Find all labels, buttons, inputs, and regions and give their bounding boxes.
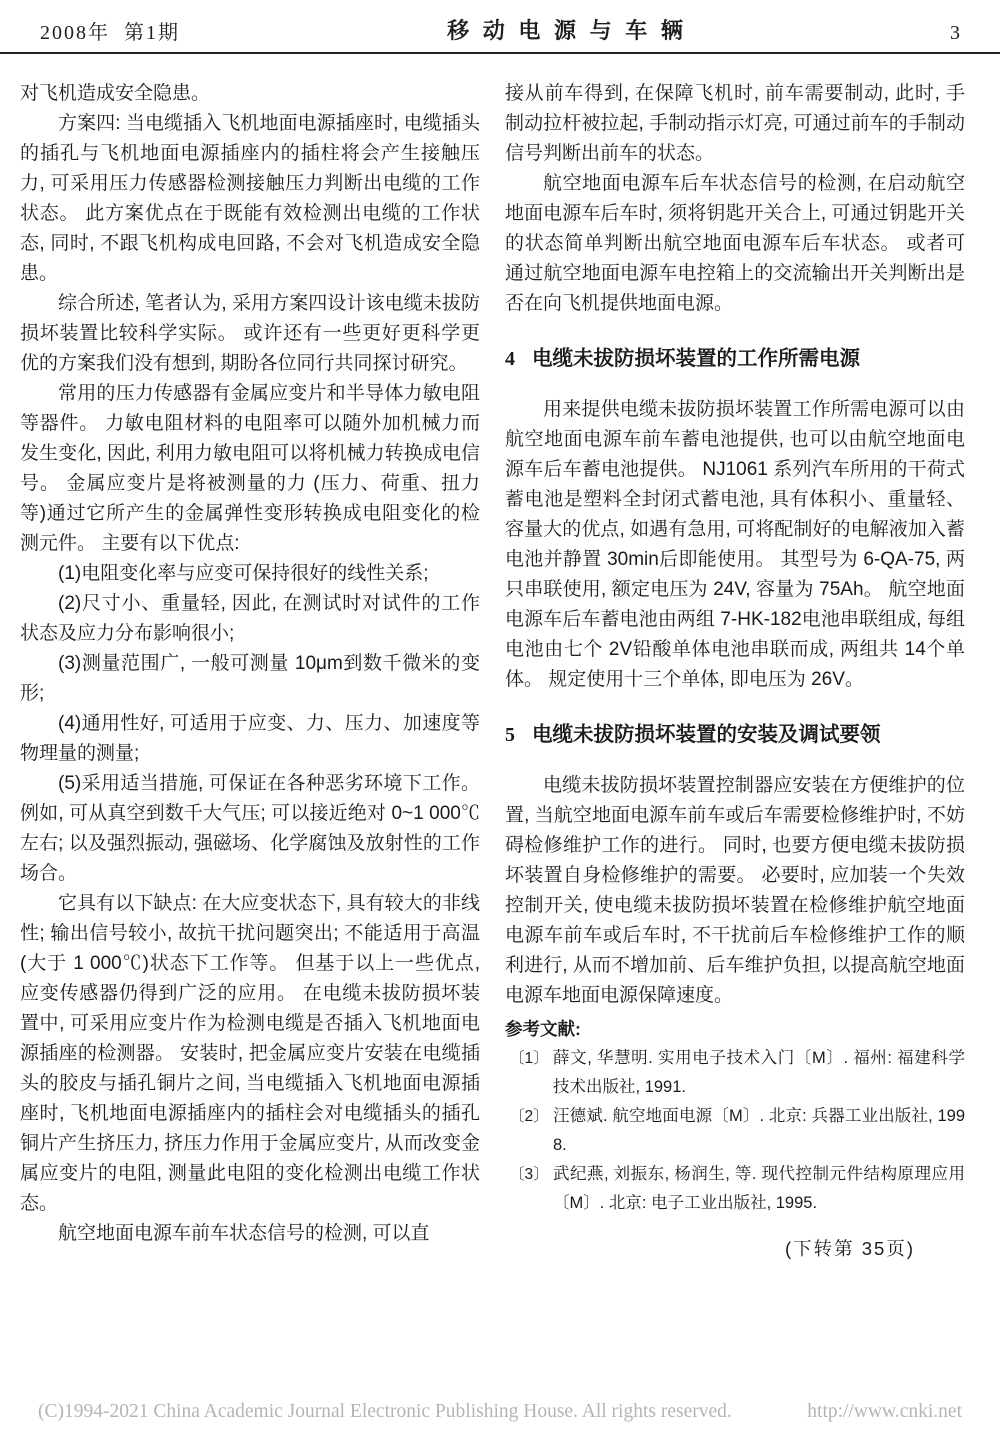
reference-text: 薛文, 华慧明. 实用电子技术入门〔M〕. 福州: 福建科学技术出版社, 199…: [553, 1049, 965, 1096]
section-number: 4: [505, 344, 515, 374]
paragraph: 它具有以下缺点: 在大应变状态下, 具有较大的非线性; 输出信号较小, 故抗干扰…: [20, 889, 480, 1219]
reference-text: 武纪燕, 刘振东, 杨润生, 等. 现代控制元件结构原理应用〔M〕. 北京: 电…: [553, 1165, 965, 1212]
issue-label: 2008年 第1期: [40, 16, 180, 45]
paragraph: 常用的压力传感器有金属应变片和半导体力敏电阻等器件。 力敏电阻材料的电阻率可以随…: [20, 379, 480, 559]
page-number: 3: [950, 22, 960, 45]
right-column: 接从前车得到, 在保障飞机时, 前车需要制动, 此时, 手制动拉杆被拉起, 手制…: [505, 79, 965, 1264]
section-heading-5: 5 电缆未拔防损坏装置的安装及调试要领: [505, 720, 965, 750]
journal-page: 2008年 第1期 移动电源与车辆 3 对飞机造成安全隐患。 方案四: 当电缆插…: [0, 0, 1000, 1449]
copyright-text: (C)1994-2021 China Academic Journal Elec…: [38, 1401, 732, 1423]
journal-title: 移动电源与车辆: [433, 14, 696, 45]
list-item-3: (3)测量范围广, 一般可测量 10μm到数千微米的变形;: [20, 649, 480, 709]
reference-marker: 〔2〕: [509, 1102, 549, 1131]
list-item-5: (5)采用适当措施, 可保证在各种恶劣环境下工作。 例如, 可从真空到数千大气压…: [20, 769, 480, 889]
section-title: 电缆未拔防损坏装置的安装及调试要领: [532, 720, 881, 750]
page-header: 2008年 第1期 移动电源与车辆 3: [0, 0, 1000, 54]
section-title: 电缆未拔防损坏装置的工作所需电源: [532, 344, 860, 374]
reference-item: 〔1〕 薛文, 华慧明. 实用电子技术入门〔M〕. 福州: 福建科学技术出版社,…: [505, 1044, 965, 1102]
paragraph: 航空地面电源车后车状态信号的检测, 在启动航空地面电源车后车时, 须将钥匙开关合…: [505, 169, 965, 319]
paragraph: 综合所述, 笔者认为, 采用方案四设计该电缆未拔防损坏装置比较科学实际。 或许还…: [20, 289, 480, 379]
section-number: 5: [505, 720, 515, 750]
cnki-url: http://www.cnki.net: [807, 1401, 962, 1423]
reference-marker: 〔1〕: [509, 1044, 549, 1073]
list-item-4: (4)通用性好, 可适用于应变、力、压力、加速度等物理量的测量;: [20, 709, 480, 769]
paragraph: 用来提供电缆未拔防损坏装置工作所需电源可以由航空地面电源车前车蓄电池提供, 也可…: [505, 395, 965, 695]
page-footer: (C)1994-2021 China Academic Journal Elec…: [0, 1401, 1000, 1423]
references-label: 参考文献:: [505, 1014, 965, 1044]
reference-item: 〔3〕 武纪燕, 刘振东, 杨润生, 等. 现代控制元件结构原理应用〔M〕. 北…: [505, 1160, 965, 1218]
paragraph: 电缆未拔防损坏装置控制器应安装在方便维护的位置, 当航空地面电源车前车或后车需要…: [505, 771, 965, 1011]
list-item-1: (1)电阻变化率与应变可保持很好的线性关系;: [20, 559, 480, 589]
continued-on-page-note: (下转第 35页): [505, 1234, 965, 1264]
paragraph: 对飞机造成安全隐患。: [20, 79, 480, 109]
paragraph: 接从前车得到, 在保障飞机时, 前车需要制动, 此时, 手制动拉杆被拉起, 手制…: [505, 79, 965, 169]
reference-item: 〔2〕 汪德斌. 航空地面电源〔M〕. 北京: 兵器工业出版社, 1998.: [505, 1102, 965, 1160]
reference-marker: 〔3〕: [509, 1160, 549, 1189]
paragraph: 航空地面电源车前车状态信号的检测, 可以直: [20, 1219, 480, 1249]
list-item-2: (2)尺寸小、重量轻, 因此, 在测试时对试件的工作状态及应力分布影响很小;: [20, 589, 480, 649]
left-column: 对飞机造成安全隐患。 方案四: 当电缆插入飞机地面电源插座时, 电缆插头的插孔与…: [20, 79, 480, 1264]
section-heading-4: 4 电缆未拔防损坏装置的工作所需电源: [505, 344, 965, 374]
reference-text: 汪德斌. 航空地面电源〔M〕. 北京: 兵器工业出版社, 1998.: [553, 1107, 965, 1154]
article-body: 对飞机造成安全隐患。 方案四: 当电缆插入飞机地面电源插座时, 电缆插头的插孔与…: [0, 54, 1000, 1264]
paragraph: 方案四: 当电缆插入飞机地面电源插座时, 电缆插头的插孔与飞机地面电源插座内的插…: [20, 109, 480, 289]
